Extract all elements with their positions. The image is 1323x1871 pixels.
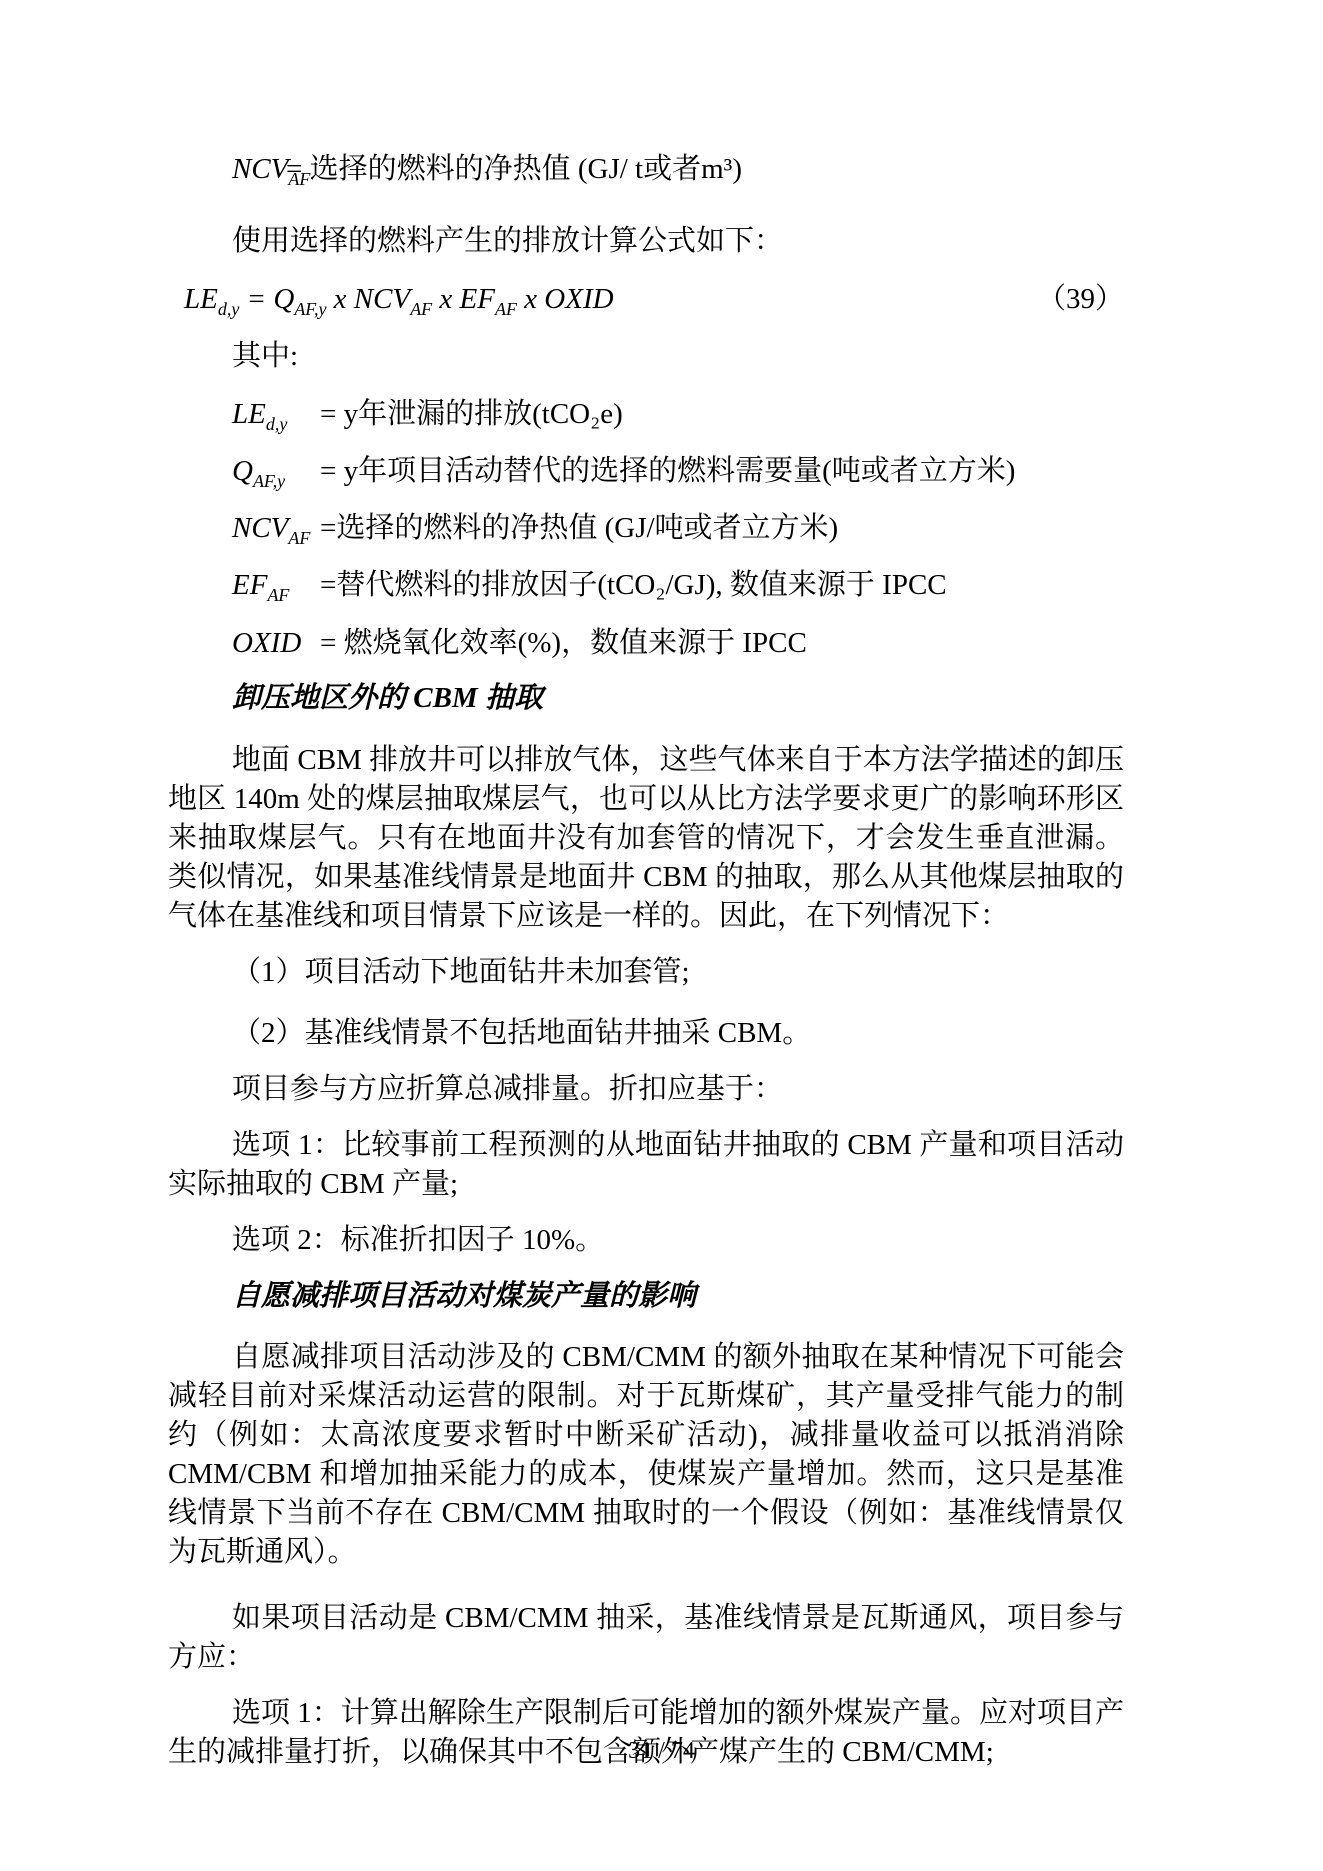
variable-base: Q xyxy=(232,455,253,487)
variable-subscript: AF xyxy=(267,585,289,605)
variable-name: EFAF xyxy=(232,566,320,605)
variable-base: OXID xyxy=(232,627,301,659)
equation-term: = Q xyxy=(247,283,295,315)
paragraph-cbm-extraction: 地面 CBM 排放井可以排放气体，这些气体来自于本方法学描述的卸压地区 140m… xyxy=(168,741,1124,936)
paragraph-if-project: 如果项目活动是 CBM/CMM 抽采，基准线情景是瓦斯通风，项目参与方应： xyxy=(168,1599,1124,1677)
section-heading-cbm-extraction: 卸压地区外的 CBM 抽取 xyxy=(168,679,1124,718)
variable-base: LE xyxy=(232,398,266,430)
variable-subscript: d,y xyxy=(266,414,287,434)
variable-name: QAF,y xyxy=(232,452,320,491)
variable-name: LEd,y xyxy=(232,395,320,434)
discount-option-2: 选项 2：标准折扣因子 10%。 xyxy=(168,1221,1124,1260)
equation-term: LE xyxy=(184,283,218,315)
variable-description: = y年项目活动替代的选择的燃料需要量(吨或者立方米) xyxy=(320,452,1124,491)
variable-definition-row: LEd,y = y年泄漏的排放(tCO₂e) xyxy=(168,395,1124,434)
equation-subscript: d,y xyxy=(218,299,239,319)
variable-base: NCV xyxy=(232,153,288,185)
condition-item-2: （2）基准线情景不包括地面钻井抽采 CBM。 xyxy=(168,1014,1124,1053)
document-page: { "page": { "number_label": "31 / 74" },… xyxy=(0,0,1323,1871)
variable-definition-row: NCVAF =选择的燃料的净热值 (GJ/吨或者立方米) xyxy=(168,509,1124,548)
equation-term: x NCV xyxy=(334,283,411,315)
section-heading-coal-production: 自愿减排项目活动对煤炭产量的影响 xyxy=(168,1277,1124,1316)
variable-description: =替代燃料的排放因子(tCO₂/GJ), 数值来源于 IPCC xyxy=(320,566,1124,605)
equation-subscript: AF xyxy=(495,299,517,319)
variable-name: OXID xyxy=(232,624,320,663)
variable-subscript: AF,y xyxy=(253,471,285,491)
condition-item-1: （1）项目活动下地面钻井未加套管; xyxy=(168,953,1124,992)
variable-description: = y年泄漏的排放(tCO₂e) xyxy=(320,395,1124,434)
variable-description: =选择的燃料的净热值 (GJ/吨或者立方米) xyxy=(320,509,1124,548)
variable-base: EF xyxy=(232,569,267,601)
variable-definition-row: OXID = 燃烧氧化效率(%)，数值来源于 IPCC xyxy=(168,624,1124,663)
page-content: NCVAF = 选择的燃料的净热值 (GJ/ t或者m³) 使用选择的燃料产生的… xyxy=(168,150,1124,1772)
equation-expression: LEd,y = QAF,y x NCVAF x EFAF x OXID xyxy=(184,280,614,319)
discount-intro: 项目参与方应折算总减排量。折扣应基于： xyxy=(168,1070,1124,1109)
paragraph-coal-production: 自愿减排项目活动涉及的 CBM/CMM 的额外抽取在某种情况下可能会减轻目前对采… xyxy=(168,1338,1124,1572)
variable-description: = 选择的燃料的净热值 (GJ/ t或者m³) xyxy=(286,150,1124,189)
variable-definition-ncv-top: NCVAF = 选择的燃料的净热值 (GJ/ t或者m³) xyxy=(168,150,1124,189)
equation-subscript: AF xyxy=(410,299,432,319)
variable-base: NCV xyxy=(232,512,288,544)
variable-name: NCVAF xyxy=(232,150,286,189)
equation-39-row: LEd,y = QAF,y x NCVAF x EFAF x OXID （39） xyxy=(168,280,1124,319)
variable-name: NCVAF xyxy=(232,509,320,548)
variable-description: = 燃烧氧化效率(%)，数值来源于 IPCC xyxy=(320,624,1124,663)
equation-number: （39） xyxy=(1037,280,1124,319)
equation-term: x OXID xyxy=(524,283,613,315)
equation-term: x EF xyxy=(439,283,495,315)
discount-option-1: 选项 1：比较事前工程预测的从地面钻井抽取的 CBM 产量和项目活动实际抽取的 … xyxy=(168,1126,1124,1204)
where-label: 其中: xyxy=(168,337,1124,376)
variable-definition-row: QAF,y = y年项目活动替代的选择的燃料需要量(吨或者立方米) xyxy=(168,452,1124,491)
page-number: 31 / 74 xyxy=(0,1736,1323,1766)
variable-subscript: AF xyxy=(288,528,310,548)
variable-definition-row: EFAF =替代燃料的排放因子(tCO₂/GJ), 数值来源于 IPCC xyxy=(168,566,1124,605)
equation-subscript: AF,y xyxy=(294,299,326,319)
intro-line: 使用选择的燃料产生的排放计算公式如下： xyxy=(168,222,1124,261)
